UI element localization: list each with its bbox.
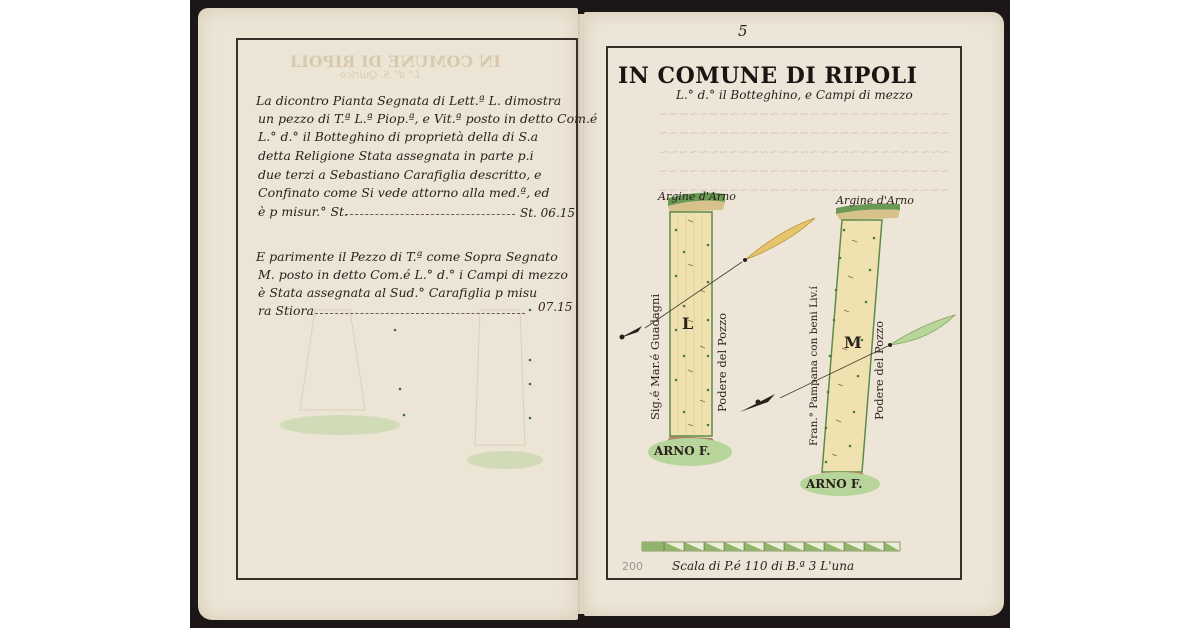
parcel-l-letter: L [682, 314, 693, 333]
parcel-m-left-neighbor: Fran.° Pampana con beni Liv.í [808, 286, 820, 446]
entry-1-line-2: un pezzo di T.ª L.ª Piop.ª, e Vit.ª post… [258, 110, 597, 128]
map-subtitle: L.° d.° il Botteghino, e Campi di mezzo [676, 88, 913, 102]
parcel-l-left-neighbor: Sig.é Mar.é Guadagni [648, 294, 662, 420]
scale-bar [638, 536, 904, 554]
entry-2-amount: 07.15 [538, 300, 572, 314]
entry-1-line-4: detta Religione Stata assegnata in parte… [258, 147, 534, 165]
parcel-m-right-neighbor: Podere del Pozzo [872, 321, 886, 420]
parcel-m-letter: M [844, 333, 862, 352]
entry-1-line-6: Confinato come Si vede attorno alla med.… [258, 184, 550, 202]
parcel-l-bottom-label: ARNO F. [654, 444, 710, 458]
bleed-through-subtitle: L° d° S. Quirico [340, 70, 420, 81]
fleur-de-lis-arrow-m [740, 394, 775, 412]
bleed-through-drawing [280, 300, 560, 480]
page-number: 5 [738, 22, 748, 40]
parcel-l-right-neighbor: Podere del Pozzo [715, 313, 729, 412]
entry-1-line-5: due terzi a Sebastiano Carafiglia descri… [258, 166, 542, 184]
parcel-l-top-label: Argine d'Arno [658, 190, 736, 203]
entry-1-line-7: è p misur.° St. [258, 203, 348, 221]
entry-1-line-1: La dicontro Pianta Segnata di Lett.ª L. … [256, 92, 561, 110]
entry-2-line-4: ra Stiora [258, 302, 314, 320]
pencil-annotation: 200 [622, 560, 643, 573]
entry-1-line-3: L.° d.° il Botteghino di proprietà della… [258, 128, 538, 146]
entry-1-dash-leader [345, 214, 515, 215]
map-title: IN COMUNE DI RIPOLI [618, 63, 917, 89]
entry-2-line-3: è Stata assegnata al Sud.° Carafiglia p … [258, 284, 537, 302]
parcel-m-top-label: Argine d'Arno [836, 194, 914, 207]
parcel-m-bottom-label: ARNO F. [806, 477, 862, 491]
entry-2-line-2: M. posto in detto Com.é L.° d.° i Campi … [258, 266, 568, 284]
entry-2-line-1: E parimente il Pezzo di T.ª come Sopra S… [256, 248, 558, 266]
fleur-de-lis-arrow-l [620, 326, 643, 340]
entry-2-dash-leader [315, 313, 525, 314]
bleed-through-title: IN COMUNE DI RIPOLI [290, 52, 501, 71]
entry-1-amount: St. 06.15 [520, 206, 575, 220]
scale-caption: Scala di P.é 110 di B.ª 3 L'una [672, 559, 854, 573]
